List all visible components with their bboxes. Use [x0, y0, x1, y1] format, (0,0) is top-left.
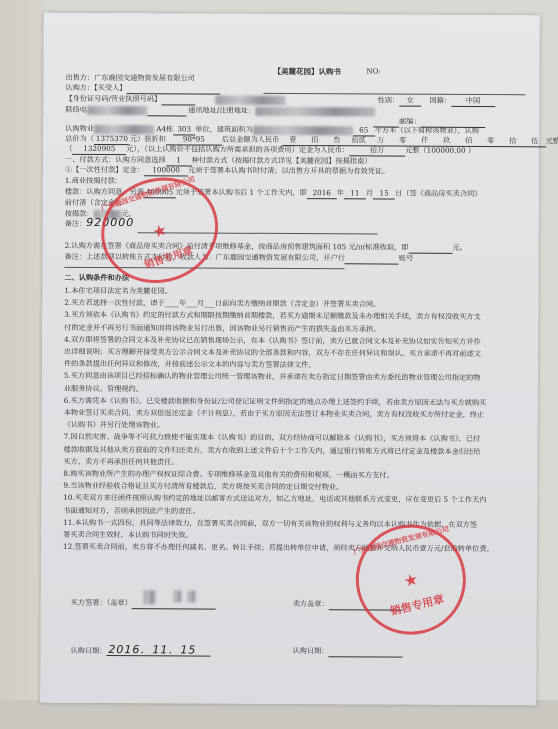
nationality-label: 国籍：: [429, 96, 451, 105]
clause-line: 件的条款提出任何异议和修改，并按前述公示文本的内容与卖方签署法律文件。: [64, 359, 316, 370]
clause-line: 署买卖合同生效时，本认购书同时失效。: [63, 530, 192, 541]
buyer-sign-line: 买方签署：（盖章）: [71, 598, 216, 610]
sales-seal-stamp: 广东鹿园交通物资发展有限公司 ★ 销售专用章: [344, 513, 477, 646]
item1-line: 1.商业按揭付款：: [65, 176, 122, 186]
clauses-list: 1.本住宅项目法定名为美麓花园。2.买方若选择一次性付款，请于____年___月…: [44, 13, 540, 16]
payment-month: 11: [344, 188, 366, 199]
clause-line: 业服务协议、管理规约。: [64, 383, 143, 393]
clause-line: 出详细说明；买方理解并接受卖方公示合同文本及补充协议的全部条款和内容，双方不存在…: [64, 347, 481, 359]
buyer-label: 认购方：【买受人】: [65, 83, 126, 92]
document-number-label: NO:: [366, 67, 380, 75]
clause-line: 《认购书》并另行处理该物业。: [64, 420, 165, 431]
clause-line: 8.购买该物业所产生的办理产权权证综合费、专项维修基金及其他有关的费用和税项，一…: [63, 469, 393, 481]
redacted-property: [94, 124, 154, 133]
contact-line: 联络电 通讯地址/注册地址：: [65, 105, 375, 118]
clause-line: 10.买卖双方来往函件按照认购书约定的地址以邮寄方式送达对方，如乙方地址、电话或…: [63, 493, 486, 505]
clause-line: 付的定金并不再另行书面通知而将该物业另行出售，因该物业另行销售而产生的损失盖由买…: [64, 322, 380, 334]
gender-label: 性别：: [378, 95, 400, 104]
id-label: 【身份证号码/营业执照号码】: [65, 94, 161, 104]
star-icon: ★: [402, 569, 420, 591]
payment-day: 15: [373, 188, 395, 199]
clause-line: 书面通知对方，否则承担因此产生的责任。: [63, 505, 200, 516]
clause-line: 本物业签订买卖合同，卖方双倍返还定金（不计利息），若由于买方原因无法签订本物业买…: [64, 408, 485, 420]
clause-line: 1.本住宅项目法定名为美麓花园。: [64, 286, 172, 297]
seller-line: 出售方：广东鹿园交通物资发展有限公司: [65, 73, 194, 84]
clause-line: 9.当该物业经验收合格证且买方付清所有楼款后，卖方将按买卖合同的定日期交付物业。: [63, 481, 343, 492]
final-amount: 1320905: [72, 144, 126, 155]
clause-line: 楼款收据及其他从卖方获取的文件归还卖方，卖方在收到上述文件后十个工作天内，通过银…: [63, 444, 480, 456]
payment-year: 2016: [307, 188, 337, 199]
redacted-phone: [87, 105, 147, 114]
seller-sign-label: 卖方盖章：: [293, 599, 329, 608]
buyer-date-line: 认购日期：2016．11．15: [70, 645, 210, 657]
clause-line: 6.买方需凭本《认购书》、已交楼款收据和身份证/公司登记证明文件到指定的地点办理…: [64, 396, 487, 408]
nationality-value: 中国: [451, 96, 495, 107]
buyer-name-field: [126, 83, 220, 94]
redacted-id: [215, 95, 285, 104]
clause-line: 4.双方即将签署的合同文本及补充协议已在销售现场公示，在本《认购书》签订前，卖方…: [64, 335, 481, 347]
clause-line: 2.买方若选择一次性付款，请于____年___月___日前向卖方缴纳首期款（含定…: [64, 298, 380, 310]
clause-line: 7.因自然灾害、战争等不可抗力致使不能实现本《认购书》的目的，双方经协商可以解除…: [64, 432, 481, 444]
buyer-line: 认购方：【买受人】: [65, 83, 220, 95]
seller-name: 广东鹿园交通物资发展有限公司: [94, 73, 195, 83]
seller-date-line: 认购日期：: [292, 646, 402, 658]
star-icon: ★: [150, 219, 169, 241]
clause-line: 5.买方同意由该项目已经招标确认的物业管理公司统一管理该物业，并承诺在卖方指定日…: [64, 371, 481, 383]
seller-date-label: 认购日期：: [292, 646, 328, 655]
redacted-area: [253, 125, 353, 135]
deposit-words: 拾万: [349, 145, 405, 156]
address-label: 通讯地址/注册地址：: [188, 105, 255, 114]
buyer-date-value: 2016．11．15: [106, 645, 210, 657]
deposit-numeric: 元整（100000.00 ）: [405, 146, 475, 155]
subscription-document: 【美麓花园】认购书 NO: 出售方：广东鹿园交通物资发展有限公司 认购方：【买受…: [40, 13, 540, 706]
clause-line: 3.买方须依本《认购书》约定的付款方式和期限按期缴纳首期楼款，若买方逾期未足额缴…: [64, 310, 481, 322]
lump-sum-deposit: 100000: [144, 165, 188, 176]
seller-label: 出售方：: [65, 73, 94, 82]
background-left: [0, 0, 45, 729]
property-label: 认购物业: [65, 124, 94, 133]
contact-label: 联络电: [65, 105, 87, 114]
gender-value: 女: [399, 96, 421, 107]
buyer-sign-label: 买方签署：（盖章）: [71, 598, 132, 607]
redacted-signature: [144, 590, 156, 604]
buyer-date-label: 认购日期：: [70, 646, 106, 655]
building-value: A4: [156, 124, 166, 133]
clause-line: 买方，卖方不再承担任何其他责任。: [63, 457, 178, 468]
document-title: 【美麓花园】认购书: [273, 66, 341, 77]
redacted-address: [255, 106, 375, 116]
postcode-label: 邮编：: [399, 117, 421, 126]
